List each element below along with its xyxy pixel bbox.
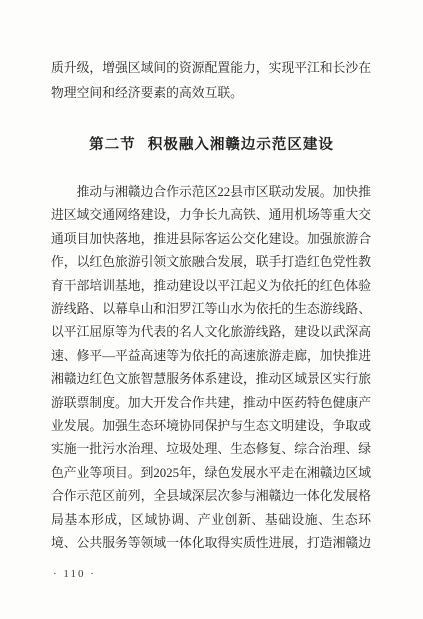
body-paragraph-line-4: 作，以红色旅游引领文旅融合发展，联手打造红色党性教 xyxy=(51,251,371,274)
body-paragraph-line-14: 合作示范区前列，全县域深层次参与湘赣边一体化发展格 xyxy=(51,485,371,508)
body-paragraph-line-10: 游联票制度。加大开发合作共建，推动中医药特色健康产 xyxy=(51,392,371,415)
body-paragraph-line-16: 境、公共服务等领域一体化取得实质性进展，打造湘赣边 xyxy=(51,532,371,555)
top-paragraph-line-1: 质升级，增强区域间的资源配置能力，实现平江和长沙在 xyxy=(51,56,371,81)
body-paragraph-line-5: 育干部培训基地，推动建设以平江起义为依托的红色体验 xyxy=(51,275,371,298)
body-paragraph-line-11: 业发展。加强生态环境协同保护与生态文明建设，争取或 xyxy=(51,415,371,438)
body-paragraph-line-15: 局基本形成，区域协调、产业创新、基础设施、生态环 xyxy=(51,509,371,532)
body-paragraph-line-13: 色产业等项目。到2025年，绿色发展水平走在湘赣边区域 xyxy=(51,462,371,485)
body-paragraph-line-2: 进区域交通网络建设，力争长九高铁、通用机场等重大交 xyxy=(51,204,371,227)
body-paragraph-line-1: 推动与湘赣边合作示范区22县市区联动发展。加快推 xyxy=(51,181,371,204)
section-heading-number: 第二节 xyxy=(89,137,136,153)
book-page: 质升级，增强区域间的资源配置能力，实现平江和长沙在 物理空间和经济要素的高效互联… xyxy=(0,0,423,619)
top-paragraph-line-2: 物理空间和经济要素的高效互联。 xyxy=(51,81,371,106)
body-paragraph-line-7: 以平江屈原等为代表的名人文化旅游线路，建设以武深高 xyxy=(51,321,371,344)
body-paragraph: 推动与湘赣边合作示范区22县市区联动发展。加快推 进区域交通网络建设，力争长九高… xyxy=(51,181,371,556)
body-paragraph-line-8: 速、修平—平益高速等为依托的高速旅游走廊，加快推进 xyxy=(51,345,371,368)
body-paragraph-line-3: 通项目加快落地，推进县际客运公交化建设。加强旅游合 xyxy=(51,228,371,251)
section-heading: 第二节积极融入湘赣边示范区建设 xyxy=(0,133,423,154)
body-paragraph-line-12: 实施一批污水治理、垃圾处理、生态修复、综合治理、绿 xyxy=(51,438,371,461)
body-paragraph-line-9: 湘赣边红色文旅智慧服务体系建设，推动区域景区实行旅 xyxy=(51,368,371,391)
body-paragraph-line-6: 游线路、以幕阜山和汨罗江等山水为依托的生态游线路、 xyxy=(51,298,371,321)
top-paragraph: 质升级，增强区域间的资源配置能力，实现平江和长沙在 物理空间和经济要素的高效互联… xyxy=(51,56,371,106)
section-heading-title: 积极融入湘赣边示范区建设 xyxy=(148,137,334,153)
page-number: · 110 · xyxy=(53,568,96,580)
